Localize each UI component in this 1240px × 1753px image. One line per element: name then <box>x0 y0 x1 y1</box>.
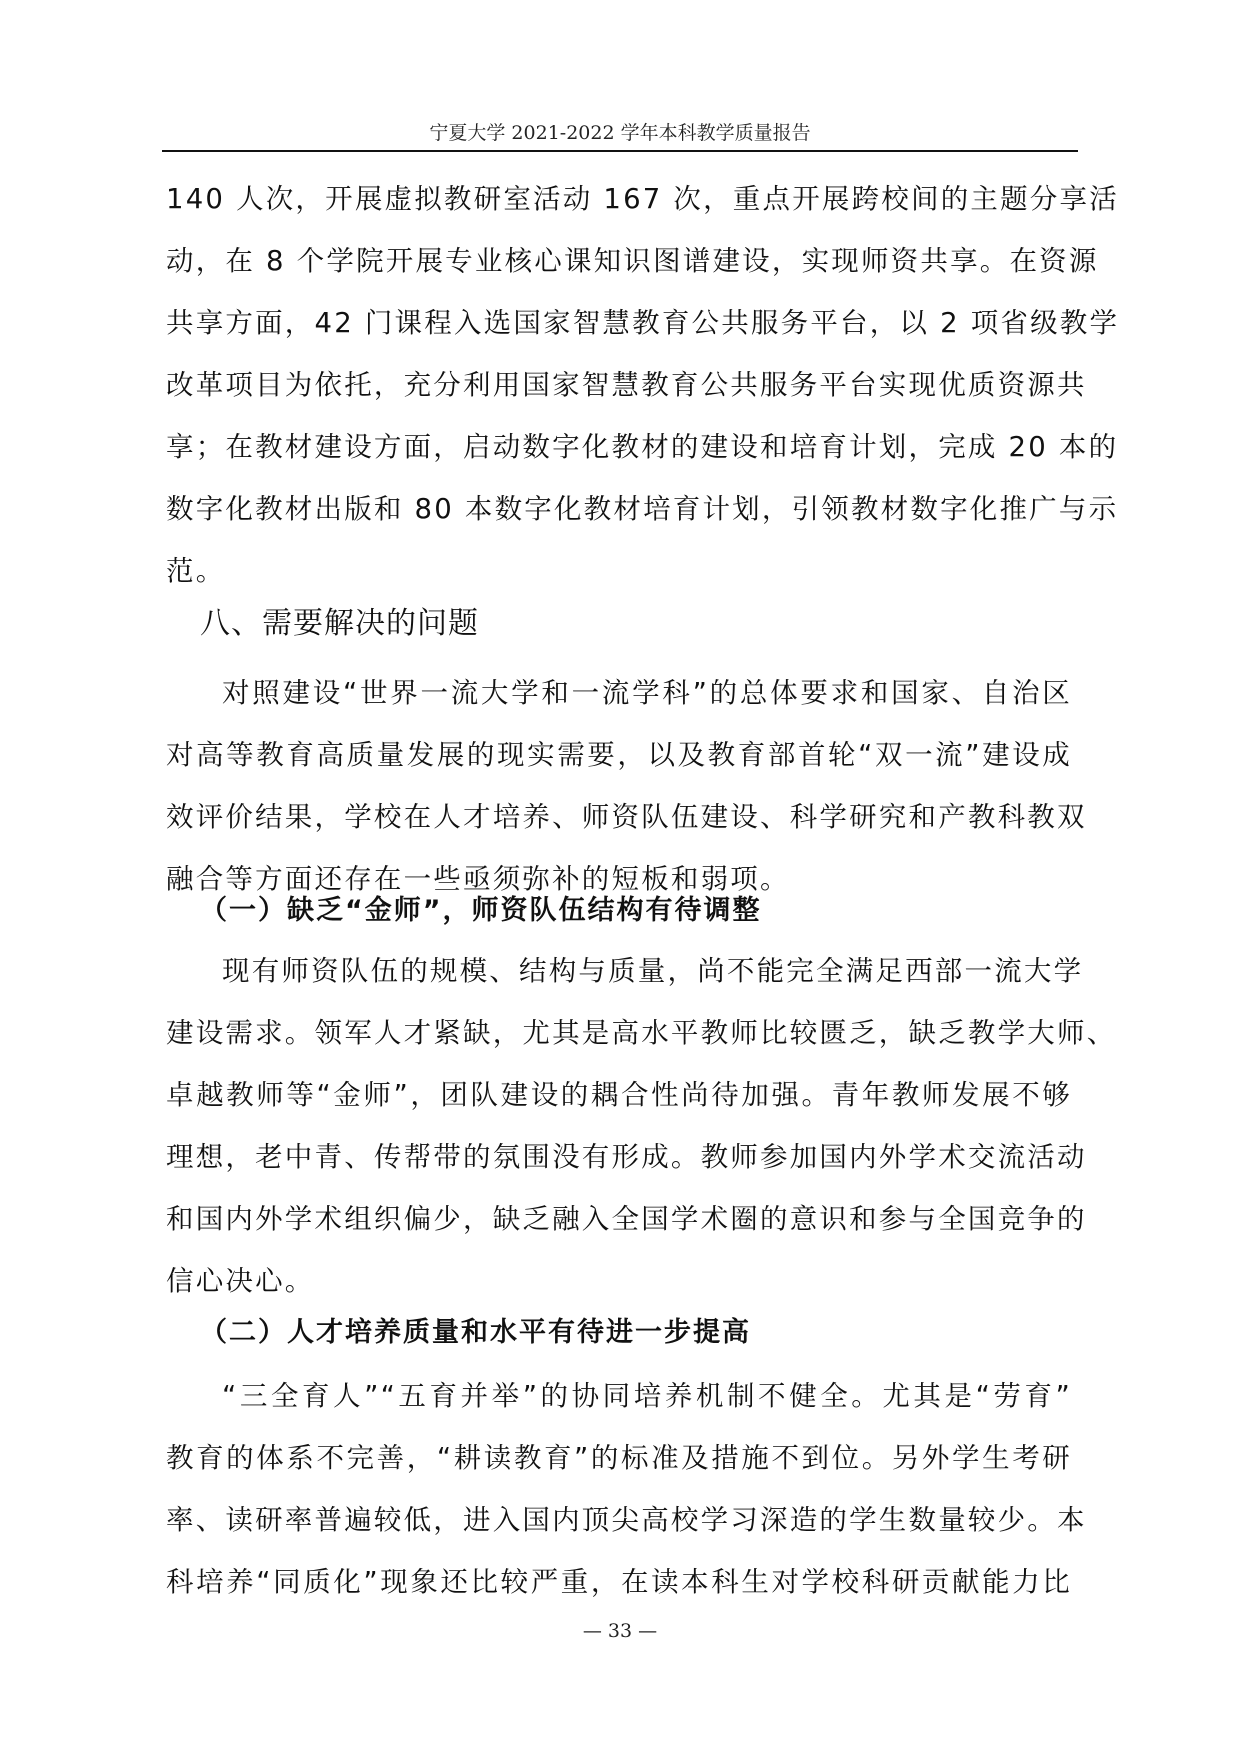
page-number: — 33 — <box>0 1620 1240 1642</box>
header-divider <box>162 150 1078 152</box>
document-page: 宁夏大学 2021-2022 学年本科教学质量报告 140 人次，开展虚拟教研室… <box>0 0 1240 1753</box>
subsection-paragraph: 现有师资队伍的规模、结构与质量，尚不能完全满足西部一流大学 建设需求。领军人才紧… <box>166 940 1072 1312</box>
text-line: 改革项目为依托，充分利用国家智慧教育公共服务平台实现优质资源共 <box>166 354 1072 416</box>
text-line: 对照建设“世界一流大学和一流学科”的总体要求和国家、自治区 <box>166 662 1072 724</box>
text-line: 卓越教师等“金师”，团队建设的耦合性尚待加强。青年教师发展不够 <box>166 1064 1072 1126</box>
subsection-heading: （二）人才培养质量和水平有待进一步提高 <box>200 1310 751 1349</box>
text-line: 建设需求。领军人才紧缺，尤其是高水平教师比较匮乏，缺乏教学大师、 <box>166 1002 1072 1064</box>
subsection-paragraph: “三全育人”“五育并举”的协同培养机制不健全。尤其是“劳育” 教育的体系不完善，… <box>166 1365 1072 1613</box>
text-line: “三全育人”“五育并举”的协同培养机制不健全。尤其是“劳育” <box>166 1365 1072 1427</box>
text-line: 现有师资队伍的规模、结构与质量，尚不能完全满足西部一流大学 <box>166 940 1072 1002</box>
section-intro-paragraph: 对照建设“世界一流大学和一流学科”的总体要求和国家、自治区 对高等教育高质量发展… <box>166 662 1072 910</box>
text-line: 效评价结果，学校在人才培养、师资队伍建设、科学研究和产教科教双 <box>166 786 1072 848</box>
continued-paragraph: 140 人次，开展虚拟教研室活动 167 次，重点开展跨校间的主题分享活 动，在… <box>166 168 1072 602</box>
text-line: 和国内外学术组织偏少，缺乏融入全国学术圈的意识和参与全国竞争的 <box>166 1188 1072 1250</box>
text-line: 共享方面，42 门课程入选国家智慧教育公共服务平台，以 2 项省级教学 <box>166 292 1072 354</box>
section-heading: 八、需要解决的问题 <box>200 598 479 642</box>
running-header: 宁夏大学 2021-2022 学年本科教学质量报告 <box>162 118 1078 145</box>
text-line: 动，在 8 个学院开展专业核心课知识图谱建设，实现师资共享。在资源 <box>166 230 1072 292</box>
text-line: 数字化教材出版和 80 本数字化教材培育计划，引领教材数字化推广与示 <box>166 478 1072 540</box>
subsection-heading: （一）缺乏“金师”，师资队伍结构有待调整 <box>200 888 762 927</box>
text-line: 享；在教材建设方面，启动数字化教材的建设和培育计划，完成 20 本的 <box>166 416 1072 478</box>
text-line: 率、读研率普遍较低，进入国内顶尖高校学习深造的学生数量较少。本 <box>166 1489 1072 1551</box>
text-line: 范。 <box>166 540 1072 602</box>
text-line: 理想，老中青、传帮带的氛围没有形成。教师参加国内外学术交流活动 <box>166 1126 1072 1188</box>
text-line: 教育的体系不完善，“耕读教育”的标准及措施不到位。另外学生考研 <box>166 1427 1072 1489</box>
text-line: 科培养“同质化”现象还比较严重，在读本科生对学校科研贡献能力比 <box>166 1551 1072 1613</box>
text-line: 140 人次，开展虚拟教研室活动 167 次，重点开展跨校间的主题分享活 <box>166 168 1072 230</box>
text-line: 信心决心。 <box>166 1250 1072 1312</box>
text-line: 对高等教育高质量发展的现实需要，以及教育部首轮“双一流”建设成 <box>166 724 1072 786</box>
